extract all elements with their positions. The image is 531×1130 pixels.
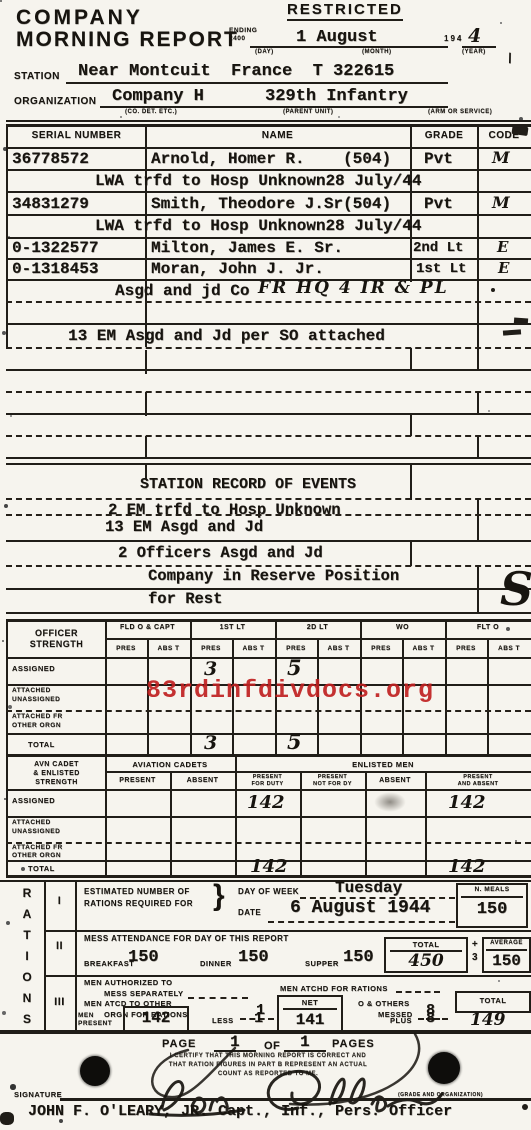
rations-section-i: I bbox=[44, 895, 75, 907]
rule bbox=[44, 930, 531, 932]
rule bbox=[396, 991, 440, 993]
organization-label: ORGANIZATION bbox=[14, 96, 96, 107]
scan-mark: \ bbox=[506, 50, 514, 67]
rule bbox=[6, 214, 531, 216]
enlisted-strength-header: AVN CADET bbox=[8, 761, 105, 768]
officer-col-group: WO bbox=[360, 624, 445, 631]
enlisted-row-label-assigned: ASSIGNED bbox=[12, 796, 55, 805]
rule bbox=[477, 124, 479, 347]
events-title: STATION RECORD OF EVENTS bbox=[140, 476, 356, 493]
org-sublabel-parent: (PARENT UNIT) bbox=[283, 109, 333, 115]
enlisted-col-present-duty: FOR DUTY bbox=[235, 781, 300, 787]
rule bbox=[410, 540, 412, 566]
rations-est-label2: RATIONS REQUIRED FOR bbox=[84, 899, 193, 908]
officer-col-group: FLD O & CAPT bbox=[105, 624, 190, 631]
rule bbox=[6, 301, 531, 303]
roster-row-note: LWA trfd to Hosp Unknown28 July/44 bbox=[95, 172, 421, 190]
rule bbox=[105, 771, 531, 773]
roster-row-name: Milton, James E. Sr. bbox=[151, 239, 343, 257]
year-written: 4 bbox=[468, 25, 481, 47]
plus-value: 8 bbox=[426, 1010, 435, 1027]
enlisted-col-present-absent: PRESENT bbox=[425, 774, 531, 780]
enlisted-col-present: PRESENT bbox=[105, 777, 170, 784]
enlisted-col-present-not-duty: NOT FOR DY bbox=[300, 781, 365, 787]
roster-row-name: Smith, Theodore J.Sr(504) bbox=[151, 195, 391, 213]
enlisted-assigned-present-absent: 142 bbox=[448, 792, 486, 813]
officer-row-label-assigned: ASSIGNED bbox=[12, 664, 55, 673]
rule bbox=[486, 949, 527, 951]
watermark: 83rdinfdivdocs.org bbox=[146, 676, 434, 705]
hole-punch bbox=[80, 1056, 110, 1086]
ink-smudge bbox=[374, 792, 406, 812]
signature-typed-line: JOHN F. O'LEARY, JR. Capt., Inf., Pers. … bbox=[28, 1103, 452, 1120]
ending-time: 2400 bbox=[229, 35, 245, 42]
day-label: (DAY) bbox=[255, 49, 274, 55]
mess-total-label: TOTAL bbox=[386, 940, 466, 949]
supper-value: 150 bbox=[343, 948, 374, 967]
rule bbox=[105, 638, 531, 640]
scan-mark bbox=[514, 318, 528, 325]
roster-header-serial: SERIAL NUMBER bbox=[8, 130, 145, 141]
rule bbox=[145, 436, 147, 457]
events-line: Company in Reserve Position bbox=[148, 567, 399, 585]
rule bbox=[6, 347, 531, 349]
divide-by-three: 3 bbox=[469, 952, 481, 963]
month-label: (MONTH) bbox=[362, 49, 392, 55]
rule bbox=[6, 842, 531, 844]
day-of-week-label: DAY OF WEEK bbox=[238, 887, 299, 896]
officer-row-label-attached-fr: ATTACHED FR bbox=[12, 713, 63, 720]
rule bbox=[6, 789, 531, 791]
rations-number-label: N. MEALS bbox=[458, 886, 526, 893]
rule bbox=[477, 348, 479, 370]
net-value: 141 bbox=[279, 1011, 341, 1029]
rule bbox=[6, 540, 531, 542]
rule bbox=[6, 124, 8, 347]
rule bbox=[6, 323, 531, 325]
enlisted-row-label-attached: ATTACHED bbox=[12, 819, 51, 826]
officer-total-2d-lt: 5 bbox=[287, 729, 302, 754]
roster-row-serial: 36778572 bbox=[12, 150, 89, 168]
rations-total-value: 149 bbox=[470, 1010, 506, 1030]
net-label: NET bbox=[279, 998, 341, 1007]
rations-section-iii: III bbox=[44, 996, 75, 1008]
divide-symbol: + bbox=[469, 939, 481, 950]
organization-value: Company H 329th Infantry bbox=[112, 87, 408, 106]
men-present-value: 142 bbox=[125, 1009, 187, 1027]
enlisted-col-present-absent: AND ABSENT bbox=[425, 781, 531, 787]
classification-stamp: RESTRICTED bbox=[287, 1, 403, 21]
roster-row-code: E bbox=[498, 259, 509, 277]
rule bbox=[6, 754, 531, 757]
supper-label: SUPPER bbox=[305, 959, 339, 968]
scan-mark bbox=[0, 1112, 14, 1125]
events-line: 2 Officers Asgd and Jd bbox=[118, 544, 323, 562]
rule bbox=[6, 120, 531, 122]
date-value: 6 August 1944 bbox=[290, 898, 430, 918]
officer-col-group: 2D LT bbox=[275, 624, 360, 631]
officer-subcol-abs: ABS T bbox=[402, 645, 445, 652]
rule bbox=[6, 413, 531, 415]
rule bbox=[145, 392, 147, 416]
rule bbox=[477, 498, 479, 540]
rule bbox=[6, 369, 531, 371]
roster-header-name: NAME bbox=[145, 130, 410, 141]
rule bbox=[145, 124, 147, 347]
form-title-line1: COMPANY bbox=[16, 6, 143, 30]
scan-mark bbox=[522, 1104, 528, 1110]
mess-separately-label2: MESS SEPARATELY bbox=[104, 989, 183, 998]
officer-subcol-abs: ABS T bbox=[317, 645, 360, 652]
men-present-label1: MEN bbox=[78, 1012, 94, 1019]
less-value: 1 bbox=[254, 1010, 263, 1027]
rule bbox=[6, 463, 531, 465]
plus-label: PLUS bbox=[390, 1016, 412, 1025]
officer-total-1st-lt: 3 bbox=[204, 732, 217, 754]
rule bbox=[0, 880, 531, 882]
signed-name: JOHN F. O'LEARY, JR. bbox=[28, 1103, 208, 1120]
rule bbox=[6, 588, 531, 590]
enlisted-col-present-duty: PRESENT bbox=[235, 774, 300, 780]
mess-average-label: AVERAGE bbox=[484, 940, 529, 946]
officer-subcol-abs: ABS T bbox=[147, 645, 190, 652]
grade-organization-note: (GRADE AND ORGANIZATION) bbox=[398, 1092, 483, 1098]
rations-number-value: 150 bbox=[458, 900, 526, 919]
aviation-cadets-group: AVIATION CADETS bbox=[105, 760, 235, 769]
scan-noise bbox=[0, 0, 2, 2]
roster-row-grade: 2nd Lt bbox=[413, 240, 463, 256]
org-sublabel-arm: (ARM OR SERVICE) bbox=[428, 109, 492, 115]
roster-row-grade: Pvt bbox=[424, 195, 453, 213]
mess-attendance-label: MESS ATTENDANCE FOR DAY OF THIS REPORT bbox=[84, 934, 289, 943]
events-line: for Rest bbox=[148, 590, 222, 608]
roster-row-note-hand: FR HQ 4 IR & PL bbox=[258, 278, 449, 298]
rule bbox=[66, 82, 448, 84]
enlisted-strength-header: & ENLISTED bbox=[8, 770, 105, 777]
officer-subcol-pres: PRES bbox=[190, 645, 232, 652]
station-label: STATION bbox=[14, 71, 60, 82]
mess-total-value: 450 bbox=[386, 951, 466, 971]
margin-mark-handwritten: S bbox=[500, 562, 531, 616]
rule bbox=[6, 657, 531, 659]
rule bbox=[283, 1008, 337, 1010]
signed-title: Capt., Inf., Pers. Officer bbox=[218, 1103, 452, 1120]
roster-row-code: M bbox=[492, 193, 510, 212]
officer-subcol-pres: PRES bbox=[445, 645, 487, 652]
brace: } bbox=[213, 879, 225, 913]
roster-row-code: E bbox=[497, 238, 508, 256]
rule bbox=[6, 169, 531, 171]
enlisted-assigned-present-duty: 142 bbox=[247, 792, 285, 813]
roster-row-note: LWA trfd to Hosp Unknown28 July/44 bbox=[95, 217, 421, 235]
form-title-line2: MORNING REPORT bbox=[16, 28, 239, 52]
rule bbox=[6, 124, 531, 127]
officer-col-group: 1ST LT bbox=[190, 624, 275, 631]
rule bbox=[188, 997, 248, 999]
officer-row-label-other-orgn: OTHER ORGN bbox=[12, 722, 61, 729]
enlisted-row-label-attached-fr: ATTACHED FR bbox=[12, 844, 63, 851]
roster-row-name: Arnold, Homer R. (504) bbox=[151, 150, 391, 168]
rule bbox=[268, 921, 455, 923]
rule bbox=[6, 710, 531, 712]
enlisted-total-present-absent: 142 bbox=[448, 856, 486, 877]
mark bbox=[491, 288, 495, 292]
officer-subcol-pres: PRES bbox=[360, 645, 402, 652]
year-printed: 194 bbox=[444, 34, 463, 43]
officer-strength-header: OFFICER bbox=[8, 628, 105, 638]
roster-row-note-typed: Asgd and jd Co bbox=[115, 282, 249, 300]
rations-est-label1: ESTIMATED NUMBER OF bbox=[84, 887, 190, 896]
rations-section-ii: II bbox=[44, 940, 75, 952]
rule bbox=[100, 106, 448, 108]
morning-report-document: COMPANY MORNING REPORT RESTRICTED ENDING… bbox=[0, 0, 531, 1130]
officer-row-label-total: TOTAL bbox=[28, 740, 55, 749]
mess-average-value: 150 bbox=[484, 952, 529, 970]
officer-row-label-unassigned: UNASSIGNED bbox=[12, 696, 60, 703]
dinner-label: DINNER bbox=[200, 959, 232, 968]
rule bbox=[6, 391, 531, 393]
mess-separately-label1: MEN AUTHORIZED TO bbox=[84, 978, 173, 987]
officer-subcol-pres: PRES bbox=[105, 645, 147, 652]
less-label: LESS bbox=[212, 1016, 234, 1025]
events-line: 2 EM trfd to Hosp Unknown bbox=[108, 501, 341, 519]
roster-row-grade: Pvt bbox=[424, 150, 453, 168]
rule bbox=[477, 392, 479, 414]
enlisted-col-present-not-duty: PRESENT bbox=[300, 774, 365, 780]
officer-subcol-pres: PRES bbox=[275, 645, 317, 652]
rations-vertical-label: RATIONS bbox=[20, 886, 34, 1033]
officer-subcol-abs: ABS T bbox=[487, 645, 531, 652]
roster-row-grade: 1st Lt bbox=[416, 261, 466, 277]
rule bbox=[6, 147, 531, 149]
rule bbox=[145, 350, 147, 374]
rule bbox=[6, 875, 531, 878]
events-line: 13 EM Asgd and Jd bbox=[105, 518, 263, 536]
station-value: Near Montcuit France T 322615 bbox=[78, 62, 394, 81]
roster-row-serial: 0-1318453 bbox=[12, 260, 98, 278]
officer-col-group: FLT O bbox=[445, 624, 531, 631]
rule bbox=[410, 348, 412, 370]
officer-row-label-attached: ATTACHED bbox=[12, 687, 51, 694]
rule bbox=[60, 1098, 531, 1101]
enlisted-col-absent: ABSENT bbox=[365, 777, 425, 784]
day-of-week-value: Tuesday bbox=[335, 879, 402, 897]
rule bbox=[6, 733, 531, 735]
breakfast-value: 150 bbox=[128, 948, 159, 967]
dinner-value: 150 bbox=[238, 948, 269, 967]
org-sublabel-co: (CO. DET. ETC.) bbox=[125, 109, 177, 115]
roster-row-serial: 0-1322577 bbox=[12, 239, 98, 257]
rule bbox=[75, 880, 77, 1032]
rule bbox=[6, 514, 531, 516]
roster-row-code: M bbox=[492, 148, 510, 167]
rule bbox=[6, 191, 531, 193]
rule bbox=[44, 975, 531, 977]
rule bbox=[410, 414, 412, 436]
rule bbox=[410, 463, 412, 500]
date-label: DATE bbox=[238, 908, 261, 917]
rule bbox=[6, 612, 531, 614]
year-label: (YEAR) bbox=[462, 49, 486, 55]
enlisted-row-label-total: TOTAL bbox=[28, 864, 55, 873]
rations-total-label: TOTAL bbox=[457, 996, 529, 1005]
rule bbox=[462, 46, 496, 48]
officer-strength-header: STRENGTH bbox=[8, 639, 105, 649]
roster-header-grade: GRADE bbox=[410, 130, 478, 141]
ending-label: ENDING bbox=[229, 27, 257, 34]
breakfast-label: BREAKFAST bbox=[84, 959, 134, 968]
signature-label: SIGNATURE bbox=[14, 1090, 62, 1099]
rule bbox=[477, 436, 479, 457]
mark bbox=[503, 329, 521, 335]
roster-row-serial: 34831279 bbox=[12, 195, 89, 213]
roster-row-name: Moran, John J. Jr. bbox=[151, 260, 324, 278]
enlisted-men-group: ENLISTED MEN bbox=[235, 760, 531, 769]
rule bbox=[6, 619, 531, 622]
officer-subcol-abs: ABS T bbox=[232, 645, 275, 652]
rule bbox=[6, 498, 531, 500]
enlisted-strength-header: STRENGTH bbox=[8, 779, 105, 786]
others-messed-label1: O & OTHERS bbox=[358, 999, 410, 1008]
men-present-label2: PRESENT bbox=[78, 1020, 112, 1027]
rule bbox=[6, 816, 531, 818]
enlisted-row-label-other-orgn: OTHER ORGN bbox=[12, 852, 61, 859]
men-atchd-rations-label: MEN ATCHD FOR RATIONS bbox=[280, 984, 388, 993]
enlisted-total-present-duty: 142 bbox=[250, 856, 288, 877]
roster-row-note: 13 EM Asgd and Jd per SO attached bbox=[68, 327, 385, 345]
enlisted-col-absent: ABSENT bbox=[170, 777, 235, 784]
rule bbox=[6, 457, 531, 459]
rule bbox=[461, 896, 523, 898]
enlisted-row-label-unassigned: UNASSIGNED bbox=[12, 828, 60, 835]
rule bbox=[6, 435, 531, 437]
report-date: 1 August bbox=[296, 28, 378, 47]
